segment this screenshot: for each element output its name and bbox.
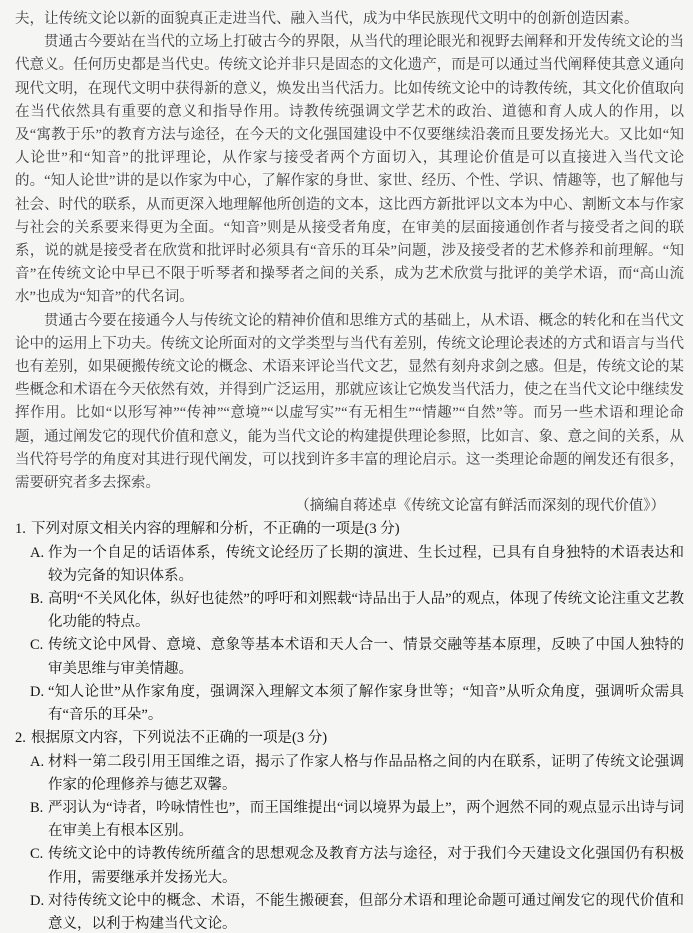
option-b-label: B. (30, 797, 43, 820)
question-1-option-d: D. “知人论世”从作家角度，强调深入理解文本须了解作家身世等；“知音”从听众角… (15, 681, 684, 727)
question-1-number: 1. (15, 518, 26, 541)
question-2-number: 2. (15, 727, 26, 750)
option-d-label: D. (30, 890, 44, 913)
option-a-label: A. (30, 751, 44, 774)
passage-paragraph-2: 贯通古今要在接通今人与传统文论的精神价值和思维方式的基础上，从术语、概念的转化和… (15, 310, 684, 496)
question-2-stem-text: 根据原文内容，下列说法不正确的一项是(3 分) (31, 730, 327, 746)
question-1-option-c: C. 传统文论中风骨、意境、意象等基本术语和天人合一、情景交融等基本原理，反映了… (15, 634, 684, 680)
question-2: 2. 根据原文内容，下列说法不正确的一项是(3 分) A. 材料一第二段引用王国… (15, 727, 684, 933)
question-2-option-c: C. 传统文论中的诗教传统所蕴含的思想观念及教育方法与途径，对于我们今天建设文化… (15, 843, 684, 889)
option-b-text: 高明“不关风化体，纵好也徒然”的呼吁和刘熙载“诗品出于人品”的观点，体现了传统文… (48, 591, 684, 630)
question-2-option-d: D. 对待传统文论中的概念、术语，不能生搬硬套，但部分术语和理论命题可通过阐发它… (15, 890, 684, 933)
option-a-text: 材料一第二段引用王国维之语，揭示了作家人格与作品品格之间的内在联系，证明了传统文… (48, 754, 684, 793)
question-1: 1. 下列对原文相关内容的理解和分析，不正确的一项是(3 分) A. 作为一个自… (15, 518, 684, 727)
passage-continuation-line: 夫，让传统文论以新的面貌真正走进当代、融入当代，成为中华民族现代文明中的创新创造… (15, 8, 684, 31)
question-1-option-b: B. 高明“不关风化体，纵好也徒然”的呼吁和刘熙载“诗品出于人品”的观点，体现了… (15, 588, 684, 634)
option-c-label: C. (30, 634, 43, 657)
option-d-text: “知人论世”从作家角度，强调深入理解文本须了解作家身世等；“知音”从听众角度，强… (48, 684, 684, 723)
question-2-option-b: B. 严羽认为“诗者，吟咏情性也”，而王国维提出“词以境界为最上”，两个迥然不同… (15, 797, 684, 843)
reading-passage: 夫，让传统文论以新的面貌真正走进当代、融入当代，成为中华民族现代文明中的创新创造… (15, 8, 684, 518)
question-1-option-a: A. 作为一个自足的话语体系，传统文论经历了长期的演进、生长过程，已具有自身独特… (15, 542, 684, 588)
option-d-label: D. (30, 681, 44, 704)
option-a-text: 作为一个自足的话语体系，传统文论经历了长期的演进、生长过程，已具有自身独特的术语… (48, 545, 684, 584)
option-a-label: A. (30, 542, 44, 565)
exam-page: 夫，让传统文论以新的面貌真正走进当代、融入当代，成为中华民族现代文明中的创新创造… (0, 0, 693, 933)
option-c-text: 传统文论中风骨、意境、意象等基本术语和天人合一、情景交融等基本原理，反映了中国人… (48, 637, 684, 676)
question-1-stem-text: 下列对原文相关内容的理解和分析，不正确的一项是(3 分) (31, 521, 400, 537)
question-1-stem: 1. 下列对原文相关内容的理解和分析，不正确的一项是(3 分) (15, 518, 684, 541)
option-d-text: 对待传统文论中的概念、术语，不能生搬硬套，但部分术语和理论命题可通过阐发它的现代… (48, 893, 684, 932)
passage-paragraph-1: 贯通古今要站在当代的立场上打破古今的界限，从当代的理论眼光和视野去阐释和开发传统… (15, 31, 684, 309)
option-c-text: 传统文论中的诗教传统所蕴含的思想观念及教育方法与途径，对于我们今天建设文化强国仍… (48, 846, 684, 885)
question-2-stem: 2. 根据原文内容，下列说法不正确的一项是(3 分) (15, 727, 684, 750)
option-b-label: B. (30, 588, 43, 611)
option-b-text: 严羽认为“诗者，吟咏情性也”，而王国维提出“词以境界为最上”，两个迥然不同的观点… (48, 800, 684, 839)
option-c-label: C. (30, 843, 43, 866)
passage-attribution: （摘编自蒋述卓《传统文论富有鲜活而深刻的现代价值》） (15, 495, 684, 518)
question-2-option-a: A. 材料一第二段引用王国维之语，揭示了作家人格与作品品格之间的内在联系，证明了… (15, 751, 684, 797)
